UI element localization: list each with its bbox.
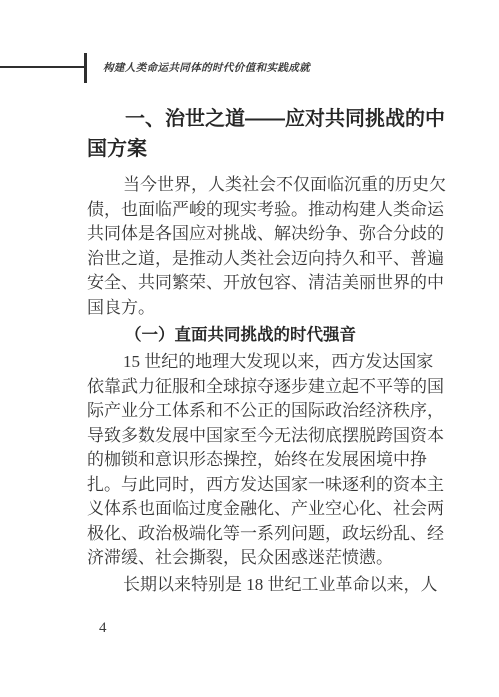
paragraph-1-line: 安全、共同繁荣、开放包容、清洁美丽世界的中 <box>87 271 459 296</box>
paragraph-2: 15 世纪的地理大发现以来，西方发达国家 依靠武力征服和全球掠夺逐步建立起不平等… <box>87 350 459 571</box>
header-rule <box>0 66 85 68</box>
paragraph-3: 长期以来特别是 18 世纪工业革命以来，人 <box>87 573 459 598</box>
section-heading: （一）直面共同挑战的时代强音 <box>87 323 497 348</box>
paragraph-1-line: 当今世界，人类社会不仅面临沉重的历史欠 <box>87 173 459 198</box>
paragraph-3-line: 长期以来特别是 18 世纪工业革命以来，人 <box>87 573 459 598</box>
running-header-title: 构建人类命运共同体的时代价值和实践成就 <box>103 60 310 75</box>
header-tick <box>84 53 87 83</box>
paragraph-2-line: 济滞缓、社会撕裂，民众困惑迷茫愤懑。 <box>87 546 459 571</box>
paragraph-2-line: 扎。与此同时，西方发达国家一味逐利的资本主 <box>87 473 459 498</box>
paragraph-2-line: 义体系也面临过度金融化、产业空心化、社会两 <box>87 497 459 522</box>
chapter-title-line-1: 一、治世之道——应对共同挑战的中 <box>87 104 459 134</box>
document-page: 构建人类命运共同体的时代价值和实践成就 一、治世之道——应对共同挑战的中 国方案… <box>0 0 499 697</box>
paragraph-2-line: 的枷锁和意识形态操控，始终在发展困境中挣 <box>87 448 459 473</box>
chapter-title-line-2: 国方案 <box>87 134 459 164</box>
paragraph-1: 当今世界，人类社会不仅面临沉重的历史欠 债，也面临严峻的现实考验。推动构建人类命… <box>87 173 459 320</box>
paragraph-1-line: 债，也面临严峻的现实考验。推动构建人类命运 <box>87 198 459 223</box>
paragraph-2-line: 极化、政治极端化等一系列问题，政坛纷乱、经 <box>87 522 459 547</box>
paragraph-2-line: 导致多数发展中国家至今无法彻底摆脱跨国资本 <box>87 424 459 449</box>
paragraph-1-line: 治世之道，是推动人类社会迈向持久和平、普遍 <box>87 247 459 272</box>
chapter-title: 一、治世之道——应对共同挑战的中 国方案 <box>87 104 459 164</box>
paragraph-1-line: 共同体是各国应对挑战、解决纷争、弥合分歧的 <box>87 222 459 247</box>
paragraph-2-line: 依靠武力征服和全球掠夺逐步建立起不平等的国 <box>87 375 459 400</box>
page-number: 4 <box>99 620 107 637</box>
paragraph-2-line: 际产业分工体系和不公正的国际政治经济秩序， <box>87 399 459 424</box>
paragraph-1-line: 国良方。 <box>87 296 459 321</box>
paragraph-2-line: 15 世纪的地理大发现以来，西方发达国家 <box>87 350 459 375</box>
